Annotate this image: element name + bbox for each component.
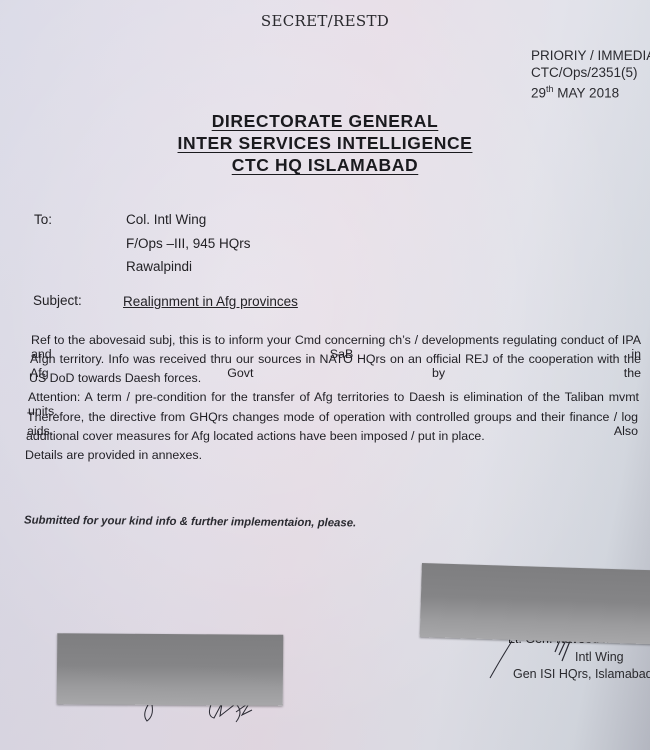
recipient-line: Rawalpindi <box>126 259 192 274</box>
priority-label: PRIORIY / IMMEDIATE <box>531 48 650 65</box>
recipient-line: Col. Intl Wing <box>126 212 206 227</box>
document-date: 29th MAY 2018 <box>531 81 650 102</box>
recipient-line: F/Ops –III, 945 HQrs <box>126 236 251 251</box>
classification-marking: SECRET/RESTD <box>0 12 650 30</box>
signer-office: Gen ISI HQrs, Islamabad <box>513 667 650 681</box>
letterhead-line-2: INTER SERVICES INTELLIGENCE <box>178 132 473 154</box>
letterhead: DIRECTORATE GENERAL INTER SERVICES INTEL… <box>0 110 650 176</box>
redaction-box-signature <box>420 563 650 645</box>
subject-label: Subject: <box>33 293 82 308</box>
redaction-box-bottom-left <box>57 633 283 706</box>
closing-remark: Submitted for your kind info & further i… <box>24 515 356 530</box>
letterhead-line-3: CTC HQ ISLAMABAD <box>232 154 419 176</box>
reference-number: CTC/Ops/2351(5) <box>531 65 650 82</box>
to-label: To: <box>34 212 52 227</box>
signer-unit: Intl Wing <box>575 650 624 664</box>
body-line: additional cover measures for Afg locate… <box>26 429 485 443</box>
document-meta: PRIORIY / IMMEDIATE CTC/Ops/2351(5) 29th… <box>531 48 650 102</box>
letterhead-line-1: DIRECTORATE GENERAL <box>212 110 439 132</box>
body-line: US DoD towards Daesh forces. <box>29 371 201 385</box>
body-line: Details are provided in annexes. <box>25 448 202 462</box>
subject-text: Realignment in Afg provinces <box>123 294 298 309</box>
